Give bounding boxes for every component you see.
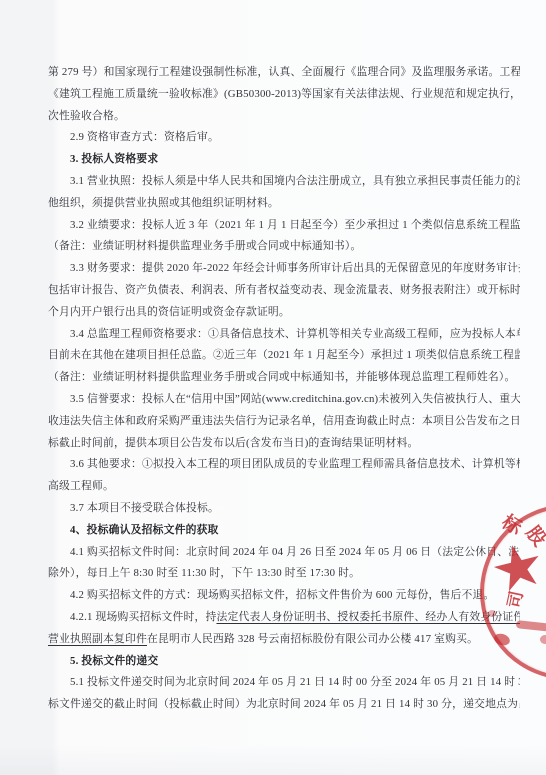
- text-run: 《建筑工程施工质量统一验收标准》(GB50300-2013)等国家有关法律法规、…: [48, 88, 520, 100]
- text-run: 3.6 其他要求：①拟投入本工程的项目团队成员的专业监理工程师需具备信息技术、计…: [70, 458, 520, 470]
- text-line: 标截止时间前，提供本项目公告发布以后(含发布当日)的查询结果证明材料。: [48, 433, 520, 455]
- text-run: 除外），每日上午 8:30 时至 11:30 时，下午 13:30 时至 17:…: [48, 567, 360, 579]
- text-run: 3.7 本项目不接受联合体投标。: [70, 502, 219, 514]
- text-run: 次性验收合格。: [48, 110, 125, 122]
- text-run: 3.4 总监理工程师资格要求：①具备信息技术、计算机等相关专业高级工程师，应为投…: [70, 328, 520, 340]
- text-run: 4.2 购买招标文件的方式：现场购买招标文件，招标文件售价为 600 元每份，售…: [70, 589, 494, 601]
- text-run: （备注：业绩证明材料提供监理业务手册或合同或中标通知书，并能够体现总监理工程师姓…: [48, 371, 515, 383]
- text-line: 营业执照副本复印件在昆明市人民西路 328 号云南招标股份有限公司办公楼 417…: [48, 629, 520, 651]
- text-run: 4.1 购买招标文件时间：北京时间 2024 年 04 月 26 日至 2024…: [70, 546, 520, 558]
- text-line: 收违法失信主体和政府采购严重违法失信行为记录名单，信用查询截止时点：本项目公告发…: [48, 411, 520, 433]
- text-line: 标文件递交的截止时间（投标截止时间）为北京时间 2024 年 05 月 21 日…: [48, 694, 520, 716]
- text-line: 4.2 购买招标文件的方式：现场购买招标文件，招标文件售价为 600 元每份，售…: [48, 585, 520, 607]
- text-line: 《建筑工程施工质量统一验收标准》(GB50300-2013)等国家有关法律法规、…: [48, 84, 520, 106]
- text-line: 3.3 财务要求：提供 2020 年-2022 年经会计师事务所审计后出具的无保…: [48, 258, 520, 280]
- text-run: 5. 投标文件的递交: [70, 655, 158, 667]
- text-run: 高级工程师。: [48, 480, 114, 492]
- text-run: 2.9 资格审查方式：资格后审。: [70, 131, 219, 143]
- underlined-text: 法定代表人身份证明书、授权委托书原件、经办人有效身份证件原件、: [216, 611, 520, 623]
- text-line: 3.4 总监理工程师资格要求：①具备信息技术、计算机等相关专业高级工程师，应为投…: [48, 324, 520, 346]
- text-line: 高级工程师。: [48, 476, 520, 498]
- text-line: 第 279 号）和国家现行工程建设强制性标准，认真、全面履行《监理合同》及监理服…: [48, 62, 520, 84]
- text-run: 标截止时间前，提供本项目公告发布以后(含发布当日)的查询结果证明材料。: [48, 437, 419, 449]
- text-run: 个月内开户银行出具的资信证明或资金存款证明。: [48, 306, 290, 318]
- text-run: 4、投标确认及招标文件的获取: [70, 524, 219, 536]
- text-line: 3.2 业绩要求：投标人近 3 年（2021 年 1 月 1 日起至今）至少承担…: [48, 215, 520, 237]
- text-run: 3.3 财务要求：提供 2020 年-2022 年经会计师事务所审计后出具的无保…: [70, 262, 520, 274]
- text-run: 第 279 号）和国家现行工程建设强制性标准，认真、全面履行《监理合同》及监理服…: [48, 66, 520, 78]
- text-line: （备注：业绩证明材料提供监理业务手册或合同或中标通知书）。: [48, 236, 520, 258]
- text-run: 3.2 业绩要求：投标人近 3 年（2021 年 1 月 1 日起至今）至少承担…: [70, 219, 520, 231]
- seal-smudge: [540, 635, 546, 644]
- underlined-text: 营业执照副本复印件: [48, 633, 147, 645]
- text-line: 4.2.1 现场购买招标文件时，持法定代表人身份证明书、授权委托书原件、经办人有…: [48, 607, 520, 629]
- text-run: 他组织，须提供营业执照或其他组织证明材料。: [48, 197, 279, 209]
- text-line: 5.1 投标文件递交时间为北京时间 2024 年 05 月 21 日 14 时 …: [48, 672, 520, 694]
- text-line: 3.1 营业执照：投标人须是中华人民共和国境内合法注册成立，具有独立承担民事责任…: [48, 171, 520, 193]
- text-line: 他组织，须提供营业执照或其他组织证明材料。: [48, 193, 520, 215]
- section-heading: 5. 投标文件的递交: [48, 651, 520, 673]
- text-line: 4.1 购买招标文件时间：北京时间 2024 年 04 月 26 日至 2024…: [48, 542, 520, 564]
- section-heading: 3. 投标人资格要求: [48, 149, 520, 171]
- text-line: 3.7 本项目不接受联合体投标。: [48, 498, 520, 520]
- text-line: 个月内开户银行出具的资信证明或资金存款证明。: [48, 302, 520, 324]
- text-line: 除外），每日上午 8:30 时至 11:30 时，下午 13:30 时至 17:…: [48, 563, 520, 585]
- text-line: 目前未在其他在建项目担任总监。②近三年（2021 年 1 月起至今）承担过 1 …: [48, 345, 520, 367]
- text-run: 3. 投标人资格要求: [70, 153, 158, 165]
- seal-smudge: [516, 620, 546, 632]
- document-page: 第 279 号）和国家现行工程建设强制性标准，认真、全面履行《监理合同》及监理服…: [0, 0, 546, 775]
- text-line: 次性验收合格。: [48, 106, 520, 128]
- text-run: 目前未在其他在建项目担任总监。②近三年（2021 年 1 月起至今）承担过 1 …: [48, 349, 520, 361]
- text-run: 3.5 信誉要求：投标人在“信用中国”网站(www.creditchina.go…: [70, 393, 520, 405]
- text-line: （备注：业绩证明材料提供监理业务手册或合同或中标通知书，并能够体现总监理工程师姓…: [48, 367, 520, 389]
- seal-arc-char: 股: [522, 523, 546, 550]
- text-run: 包括审计报告、资产负债表、利润表、所有者权益变动表、现金流量表、财务报表附注）或…: [48, 284, 520, 296]
- text-line: 包括审计报告、资产负债表、利润表、所有者权益变动表、现金流量表、财务报表附注）或…: [48, 280, 520, 302]
- text-run: 收违法失信主体和政府采购严重违法失信行为记录名单，信用查询截止时点：本项目公告发…: [48, 415, 520, 427]
- section-heading: 4、投标确认及招标文件的获取: [48, 520, 520, 542]
- text-run: 标文件递交的截止时间（投标截止时间）为北京时间 2024 年 05 月 21 日…: [48, 698, 520, 710]
- text-run: 在昆明市人民西路 328 号云南招标股份有限公司办公楼 417 室购买。: [147, 633, 478, 645]
- text-run: 5.1 投标文件递交时间为北京时间 2024 年 05 月 21 日 14 时 …: [70, 676, 520, 688]
- text-run: 4.2.1 现场购买招标文件时，持: [70, 611, 216, 623]
- document-content: 第 279 号）和国家现行工程建设强制性标准，认真、全面履行《监理合同》及监理服…: [48, 62, 520, 732]
- text-line: 2.9 资格审查方式：资格后审。: [48, 127, 520, 149]
- text-line: 3.6 其他要求：①拟投入本工程的项目团队成员的专业监理工程师需具备信息技术、计…: [48, 454, 520, 476]
- text-run: （备注：业绩证明材料提供监理业务手册或合同或中标通知书）。: [48, 240, 362, 252]
- text-line: 3.5 信誉要求：投标人在“信用中国”网站(www.creditchina.go…: [48, 389, 520, 411]
- text-run: 3.1 营业执照：投标人须是中华人民共和国境内合法注册成立，具有独立承担民事责任…: [70, 175, 520, 187]
